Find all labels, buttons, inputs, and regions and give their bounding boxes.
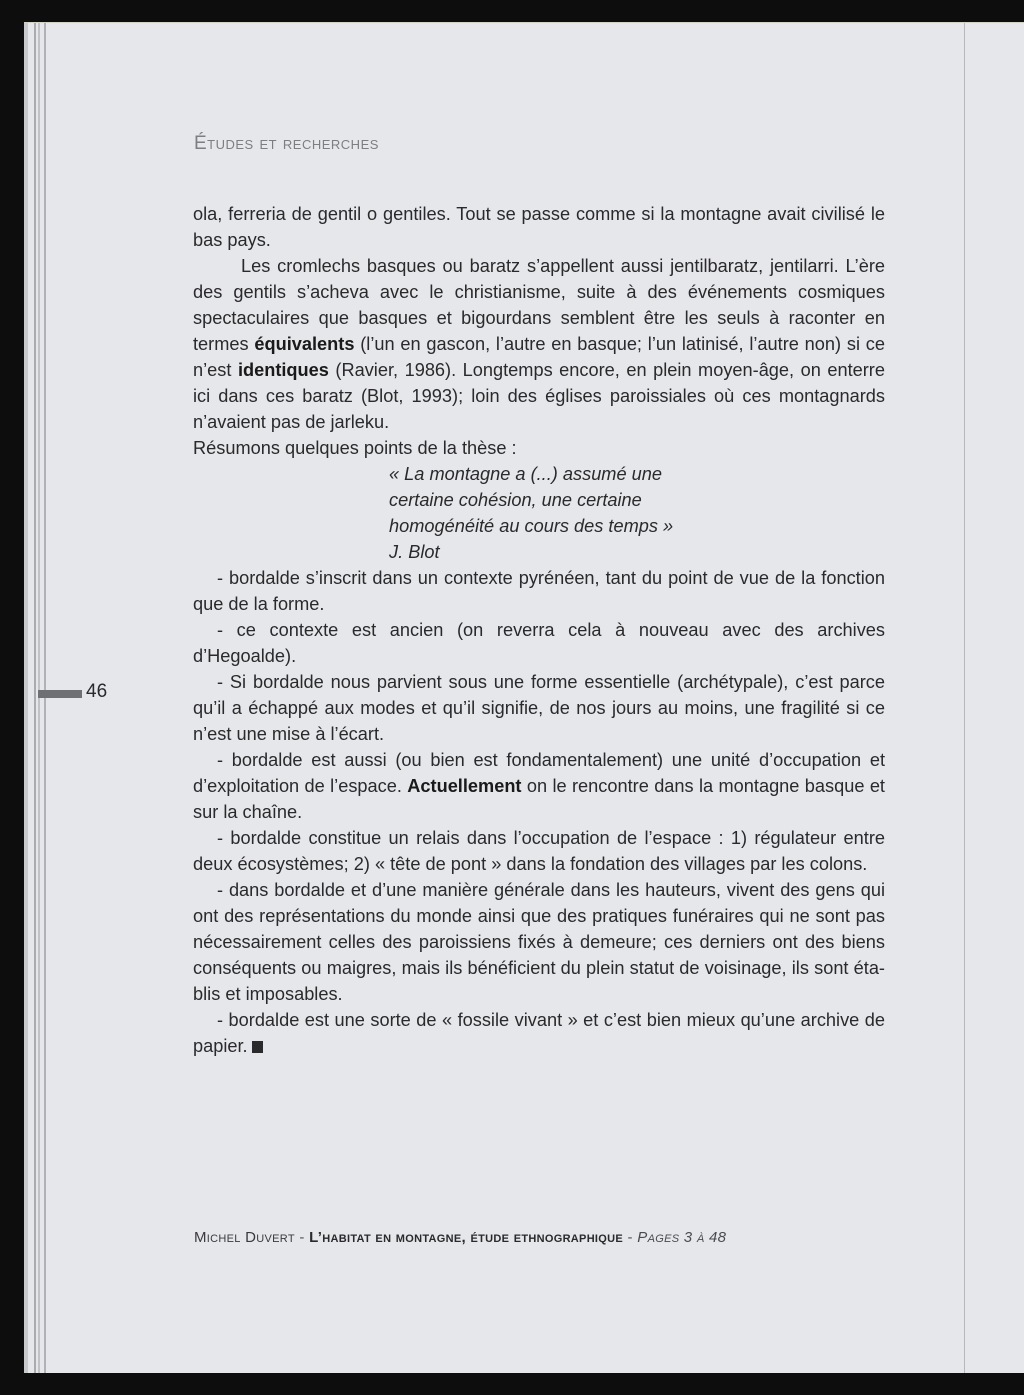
paragraph-text: - bordalde est une sorte de « fossile vi…	[193, 1010, 885, 1056]
running-header: Études et recherches	[194, 133, 379, 155]
footer-author: Michel Duvert	[194, 1229, 295, 1246]
quote-line: « La montagne a (...) assumé une	[389, 461, 885, 487]
page-stack-edge	[34, 23, 36, 1373]
page-stack-edge	[24, 23, 28, 1373]
bold-term: identiques	[238, 360, 329, 380]
thesis-point: - bordalde s’inscrit dans un contexte py…	[193, 565, 885, 617]
paragraph: Les cromlechs basques ou baratz s’appell…	[193, 253, 885, 435]
thesis-point: - bordalde est une sorte de « fossile vi…	[193, 1007, 885, 1059]
footer-separator: -	[623, 1229, 637, 1246]
paragraph: ola, ferreria de gentil o gentiles. Tout…	[193, 201, 885, 253]
paragraph: Résumons quelques points de la thèse :	[193, 435, 885, 461]
page-stack-edge	[38, 23, 40, 1373]
running-footer: Michel Duvert - L’habitat en montagne, é…	[194, 1229, 726, 1246]
quote-attribution: J. Blot	[389, 539, 885, 565]
footer-title: L’habitat en montagne, étude ethnographi…	[309, 1229, 623, 1246]
thesis-point: - Si bordalde nous parvient sous une for…	[193, 669, 885, 747]
page-fold-line	[964, 23, 965, 1373]
quote-line: homogénéité au cours des temps »	[389, 513, 885, 539]
bold-term: équivalents	[254, 334, 354, 354]
quote-line: certaine cohésion, une certaine	[389, 487, 885, 513]
footer-pages: Pages 3 à 48	[637, 1229, 726, 1246]
footer-separator: -	[295, 1229, 309, 1246]
bold-term: Actuellement	[407, 776, 521, 796]
thesis-point: - bordalde est aussi (ou bien est fondam…	[193, 747, 885, 825]
thesis-point: - bordalde constitue un relais dans l’oc…	[193, 825, 885, 877]
article-body: ola, ferreria de gentil o gentiles. Tout…	[193, 201, 885, 1059]
page-number: 46	[86, 681, 107, 703]
thesis-point: - dans bordalde et d’une manière général…	[193, 877, 885, 1007]
page-stack-edge	[44, 23, 46, 1373]
book-page: Études et recherches ola, ferreria de ge…	[24, 22, 1024, 1373]
thesis-point: - ce contexte est ancien (on reverra cel…	[193, 617, 885, 669]
end-of-article-square-icon	[252, 1041, 263, 1053]
page-tab-bar	[38, 690, 82, 698]
